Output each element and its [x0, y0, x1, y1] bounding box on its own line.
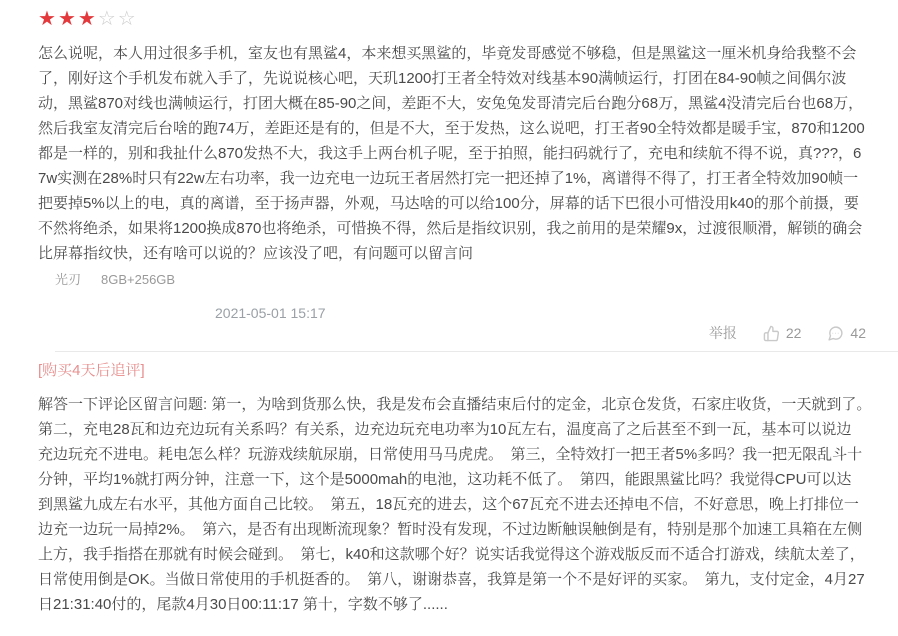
comment-button[interactable]: 42	[827, 325, 866, 342]
star-empty-icon: ☆	[98, 8, 118, 30]
review-action-row: 举报 22	[38, 323, 866, 343]
star-empty-icon: ☆	[118, 8, 138, 30]
purchase-spec-row: 光刃 8GB+256GB	[55, 272, 866, 287]
like-count: 22	[786, 325, 802, 341]
comment-count: 42	[850, 325, 866, 341]
review-date-row: 2021-05-01 15:17	[215, 305, 866, 321]
review-item: ★★★☆☆ 怎么说呢，本人用过很多手机，室友也有黑鲨4，本来想买黑鲨的，毕竟发哥…	[38, 8, 866, 343]
followup-review: [购买4天后追评] 解答一下评论区留言问题: 第一，为啥到货那么快，我是发布会直…	[38, 363, 866, 617]
star-filled-icon: ★	[38, 8, 58, 30]
section-divider	[55, 351, 898, 352]
report-button[interactable]: 举报	[709, 323, 737, 343]
comment-bubble-icon	[827, 325, 844, 342]
star-filled-icon: ★	[58, 8, 78, 30]
followup-text: 解答一下评论区留言问题: 第一，为啥到货那么快，我是发布会直播结束后付的定金，北…	[38, 392, 866, 617]
review-page: ★★★☆☆ 怎么说呢，本人用过很多手机，室友也有黑鲨4，本来想买黑鲨的，毕竟发哥…	[0, 0, 898, 617]
variant-label: 光刃	[55, 272, 81, 287]
like-button[interactable]: 22	[763, 325, 802, 342]
memory-spec-label: 8GB+256GB	[101, 272, 175, 287]
star-filled-icon: ★	[78, 8, 98, 30]
followup-label: [购买4天后追评]	[38, 363, 866, 379]
thumbs-up-icon	[763, 325, 780, 342]
star-rating: ★★★☆☆	[38, 8, 866, 32]
review-text: 怎么说呢，本人用过很多手机，室友也有黑鲨4，本来想买黑鲨的，毕竟发哥感觉不够稳，…	[38, 41, 866, 266]
review-date: 2021-05-01 15:17	[215, 305, 326, 321]
